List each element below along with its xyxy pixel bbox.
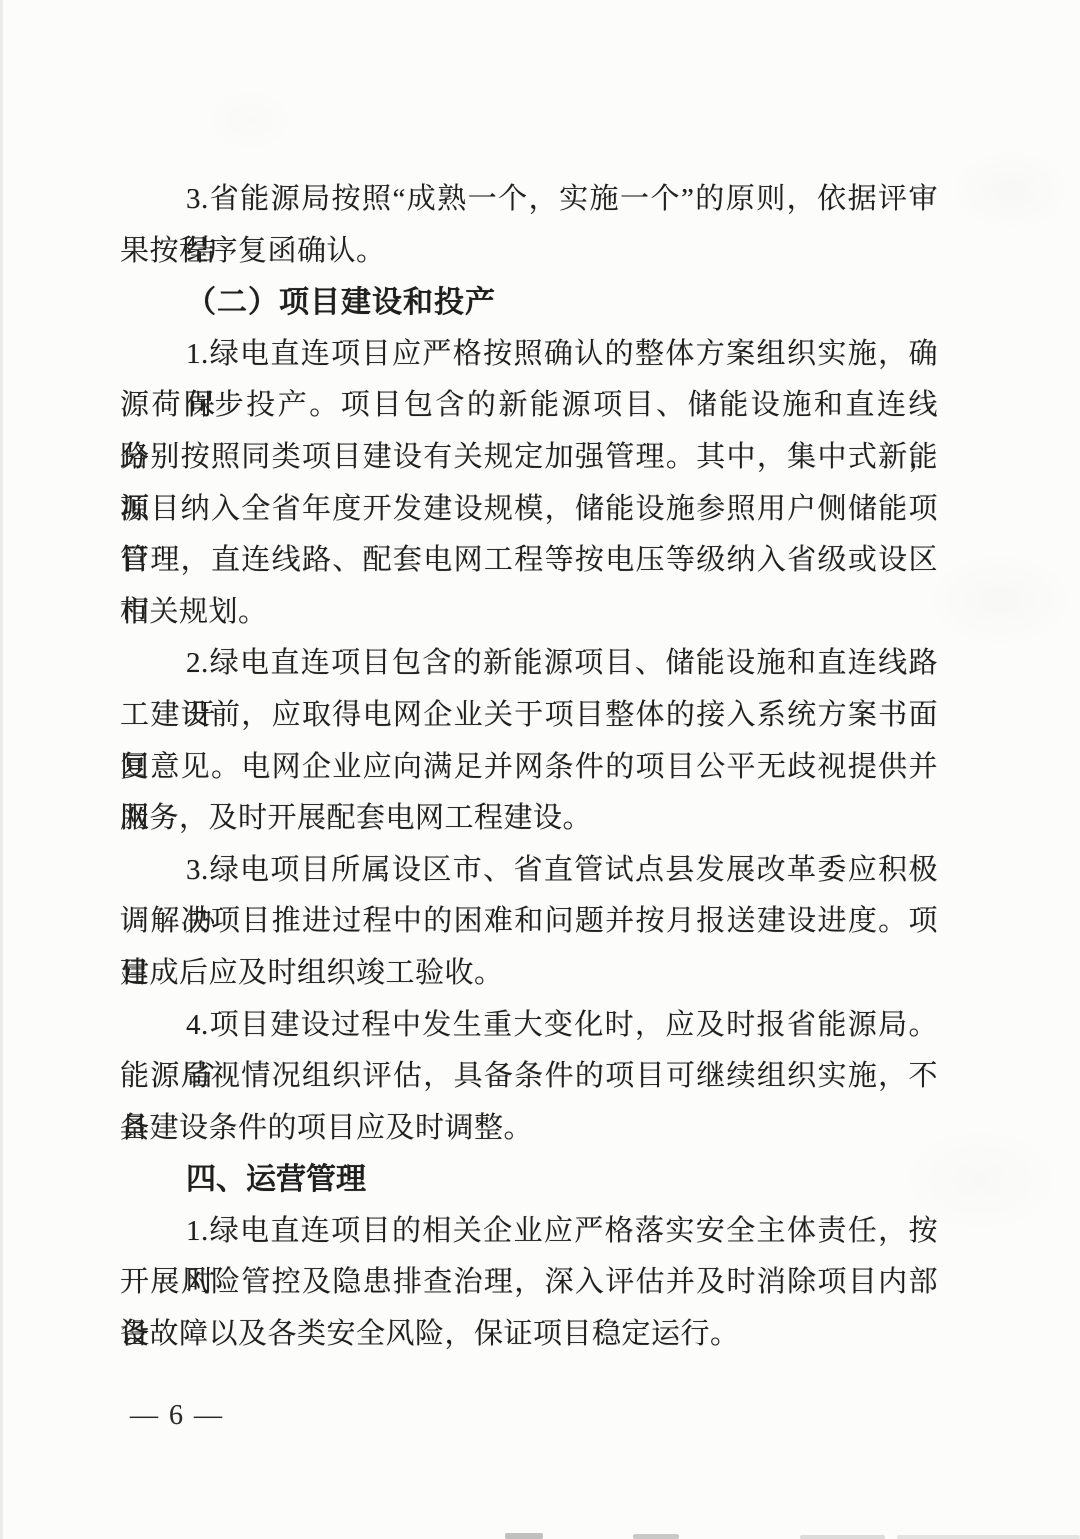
body-line: 2.绿电直连项目包含的新能源项目、储能设施和直连线路开 xyxy=(120,638,938,690)
scan-bleed-mark xyxy=(633,1534,679,1539)
scan-bleed-mark xyxy=(897,1535,1080,1539)
body-line: 备建设条件的项目应及时调整。 xyxy=(120,1103,938,1155)
body-line: 1.绿电直连项目应严格按照确认的整体方案组织实施，确保 xyxy=(120,329,938,381)
body-line: 开展风险管控及隐患排查治理，深入评估并及时消除项目内部设 xyxy=(120,1257,938,1309)
scanned-document-page: 3.省能源局按照“成熟一个，实施一个”的原则，依据评审结 果按程序复函确认。 （… xyxy=(0,0,1080,1539)
body-line: 建成后应及时组织竣工验收。 xyxy=(120,948,938,1000)
body-line: 调解决项目推进过程中的困难和问题并按月报送建设进度。项目 xyxy=(120,896,938,948)
body-line: 3.绿电项目所属设区市、省直管试点县发展改革委应积极协 xyxy=(120,845,938,897)
body-line: 3.省能源局按照“成熟一个，实施一个”的原则，依据评审结 xyxy=(120,174,938,226)
body-line: 管理，直连线路、配套电网工程等按电压等级纳入省级或设区市 xyxy=(120,535,938,587)
body-line: 复意见。电网企业应向满足并网条件的项目公平无歧视提供并网 xyxy=(120,742,938,794)
document-body: 3.省能源局按照“成熟一个，实施一个”的原则，依据评审结 果按程序复函确认。 （… xyxy=(120,174,938,1361)
body-line: 服务，及时开展配套电网工程建设。 xyxy=(120,793,938,845)
body-line: 相关规划。 xyxy=(120,587,938,639)
scan-bleed-mark xyxy=(800,1535,885,1539)
section-heading-operation-management: 四、运营管理 xyxy=(120,1154,938,1206)
page-number: — 6 — xyxy=(130,1392,224,1440)
body-line: 项目纳入全省年度开发建设规模，储能设施参照用户侧储能项目 xyxy=(120,484,938,536)
body-line: 备故障以及各类安全风险，保证项目稳定运行。 xyxy=(120,1309,938,1361)
body-line: 果按程序复函确认。 xyxy=(120,226,938,278)
body-line: 分别按照同类项目建设有关规定加强管理。其中，集中式新能源 xyxy=(120,432,938,484)
subsection-heading-project-construction: （二）项目建设和投产 xyxy=(120,277,938,329)
body-line: 工建设前，应取得电网企业关于项目整体的接入系统方案书面回 xyxy=(120,690,938,742)
body-line: 源荷同步投产。项目包含的新能源项目、储能设施和直连线路， xyxy=(120,380,938,432)
body-line: 4.项目建设过程中发生重大变化时，应及时报省能源局。省 xyxy=(120,1000,938,1052)
body-line: 能源局视情况组织评估，具备条件的项目可继续组织实施，不具 xyxy=(120,1051,938,1103)
scan-bleed-mark xyxy=(505,1533,543,1539)
body-line: 1.绿电直连项目的相关企业应严格落实安全主体责任，按时 xyxy=(120,1206,938,1258)
